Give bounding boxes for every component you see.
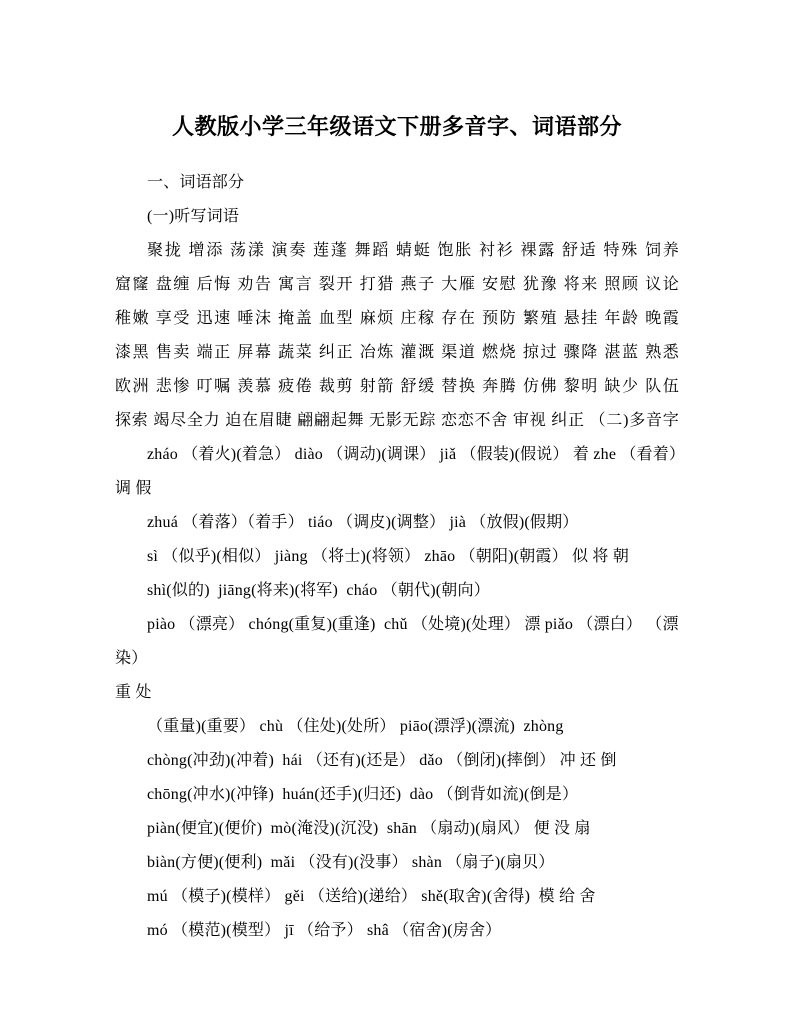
- text-line: 窟窿 盘缠 后悔 劝告 寓言 裂开 打猎 燕子 大雁 安慰 犹豫 将来 照顾 议…: [115, 268, 679, 302]
- text-line: sì （似乎)(相似） jiàng （将士)(将领） zhāo （朝阳)(朝霞）…: [115, 540, 679, 574]
- text-line: 稚嫩 享受 迅速 唾沫 掩盖 血型 麻烦 庄稼 存在 预防 繁殖 悬挂 年龄 晚…: [115, 302, 679, 336]
- text-line: mó （模范)(模型） jī （给予） shâ （宿舍)(房舍）: [115, 914, 679, 948]
- text-line: 探索 竭尽全力 迫在眉睫 翩翩起舞 无影无踪 恋恋不舍 审视 纠正 （二)多音字: [115, 404, 679, 438]
- text-line: 调 假: [115, 472, 679, 506]
- text-line: zháo （着火)(着急） diào （调动)(调课） jiǎ （假装)(假说）…: [115, 438, 679, 472]
- text-line: piàn(便宜)(便价) mò(淹没)(沉没) shān （扇动)(扇风） 便 …: [115, 812, 679, 846]
- document-title: 人教版小学三年级语文下册多音字、词语部分: [115, 112, 679, 142]
- text-line: mú （模子)(模样） gěi （送给)(递给） shě(取舍)(舍得) 模 给…: [115, 880, 679, 914]
- text-line: chōng(冲水)(冲锋) huán(还手)(归还) dào （倒背如流)(倒是…: [115, 778, 679, 812]
- text-line: 重 处: [115, 676, 679, 710]
- text-line: 一、词语部分: [115, 166, 679, 200]
- document-body: 一、词语部分(一)听写词语聚拢 增添 荡漾 演奏 莲蓬 舞蹈 蜻蜓 饱胀 衬衫 …: [115, 166, 679, 948]
- text-line: biàn(方便)(便利) mǎi （没有)(没事） shàn （扇子)(扇贝）: [115, 846, 679, 880]
- text-line: piào （漂亮） chóng(重复)(重逢) chǔ （处境)(处理） 漂 p…: [115, 608, 679, 676]
- text-line: shì(似的) jiāng(将来)(将军) cháo （朝代)(朝向）: [115, 574, 679, 608]
- text-line: 聚拢 增添 荡漾 演奏 莲蓬 舞蹈 蜻蜓 饱胀 衬衫 裸露 舒适 特殊 饲养: [115, 234, 679, 268]
- text-line: (一)听写词语: [115, 200, 679, 234]
- text-line: 欧洲 悲惨 叮嘱 羡慕 疲倦 裁剪 射箭 舒缓 替换 奔腾 仿佛 黎明 缺少 队…: [115, 370, 679, 404]
- text-line: chòng(冲劲)(冲着) hái （还有)(还是） dǎo （倒闭)(摔倒） …: [115, 744, 679, 778]
- text-line: 漆黑 售卖 端正 屏幕 蔬菜 纠正 冶炼 灌溉 渠道 燃烧 掠过 骤降 湛蓝 熟…: [115, 336, 679, 370]
- text-line: （重量)(重要） chù （住处)(处所） piāo(漂浮)(漂流) zhòng: [115, 710, 679, 744]
- document-page: 人教版小学三年级语文下册多音字、词语部分 一、词语部分(一)听写词语聚拢 增添 …: [0, 0, 792, 1025]
- text-line: zhuá （着落）（着手） tiáo （调皮)(调整） jià （放假)(假期）: [115, 506, 679, 540]
